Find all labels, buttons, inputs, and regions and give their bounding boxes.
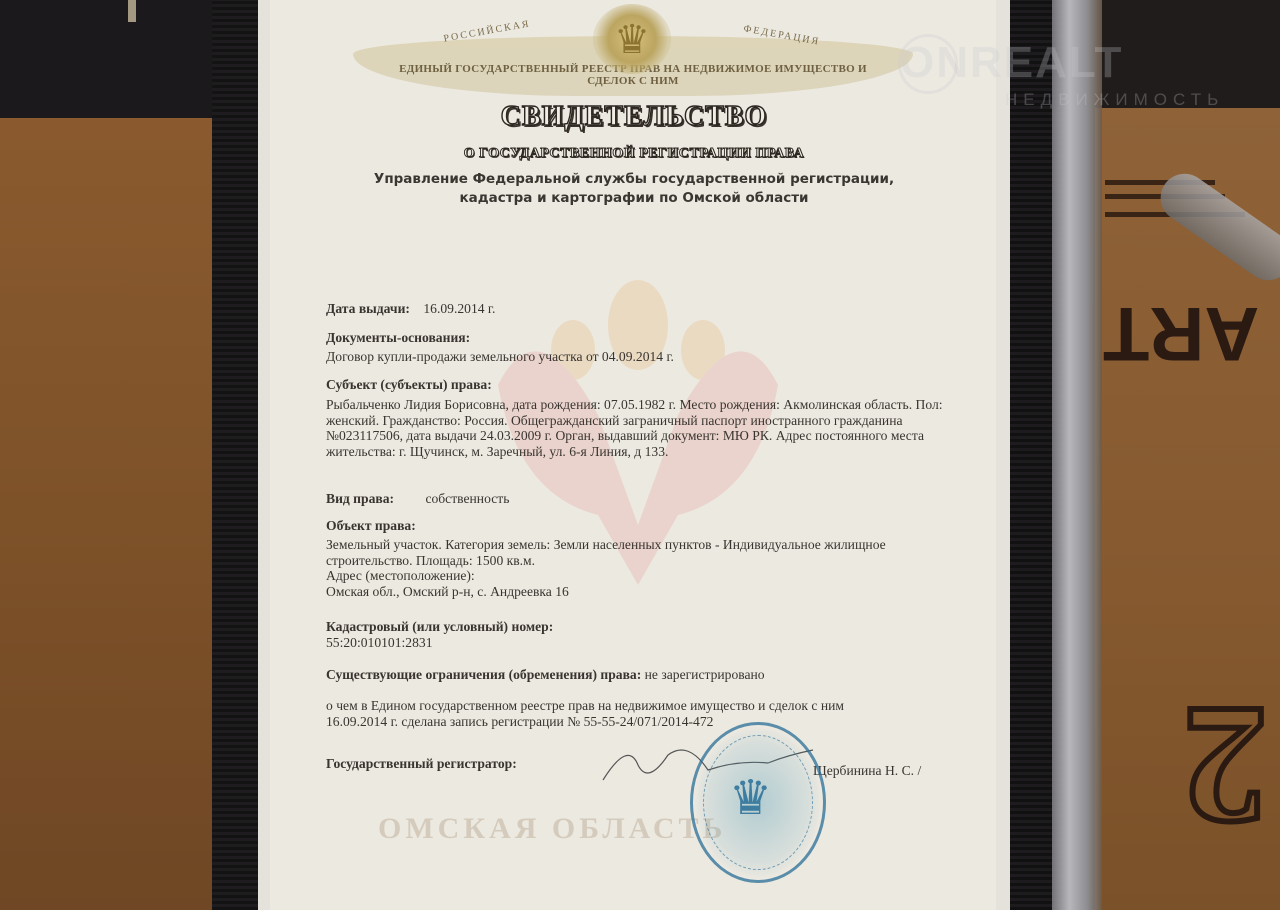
- record-line-2: 16.09.2014 г. сделана запись регистрации…: [326, 714, 966, 730]
- cadastral-section: Кадастровый (или условный) номер: 55:20:…: [326, 619, 946, 651]
- restrictions-value: не зарегистрировано: [645, 667, 765, 682]
- basis-value: Договор купли-продажи земельного участка…: [326, 349, 946, 365]
- restrictions-label: Существующие ограничения (обременения) п…: [326, 667, 641, 682]
- seal-eagle-icon: ♛: [729, 770, 772, 826]
- folder-cover-left: [212, 0, 262, 910]
- object-value: Земельный участок. Категория земель: Зем…: [326, 537, 946, 569]
- basis-label: Документы-основания:: [326, 330, 946, 346]
- issue-date-row: Дата выдачи: 16.09.2014 г.: [326, 301, 946, 317]
- plastic-sleeve: [1052, 0, 1102, 910]
- right-type-value: собственность: [425, 491, 509, 506]
- double-headed-eagle-icon: ♛: [593, 4, 671, 74]
- certificate-document: РОССИЙСКАЯ ФЕДЕРАЦИЯ ЕДИНЫЙ ГОСУДАРСТВЕН…: [258, 0, 1010, 910]
- registrar-label: Государственный регистратор:: [326, 756, 517, 771]
- cadastral-label: Кадастровый (или условный) номер:: [326, 619, 946, 635]
- certificate-header-emblem: РОССИЙСКАЯ ФЕДЕРАЦИЯ ЕДИНЫЙ ГОСУДАРСТВЕН…: [353, 8, 913, 100]
- box-print-text: ART: [1103, 290, 1259, 377]
- brand-watermark: ONREALT: [900, 38, 1123, 88]
- certificate-title: СВИДЕТЕЛЬСТВО: [258, 101, 1010, 133]
- background-object: [128, 0, 136, 22]
- restrictions-row: Существующие ограничения (обременения) п…: [326, 667, 946, 683]
- certificate-subtitle: О ГОСУДАРСТВЕННОЙ РЕГИСТРАЦИИ ПРАВА: [258, 146, 1010, 162]
- object-label: Объект права:: [326, 518, 946, 534]
- subject-section: Субъект (субъекты) права: Рыбальченко Ли…: [326, 377, 946, 460]
- cadastral-value: 55:20:010101:2831: [326, 635, 946, 651]
- brand-watermark-subtitle: НЕДВИЖИМОСТЬ: [1005, 90, 1224, 110]
- record-line-1: о чем в Едином государственном реестре п…: [326, 698, 966, 714]
- address-value: Омская обл., Омский р-н, с. Андреевка 16: [326, 584, 946, 600]
- faded-background-print: ОМСКАЯ ОБЛАСТЬ: [378, 812, 726, 846]
- right-type-label: Вид права:: [326, 491, 394, 506]
- subject-label: Субъект (субъекты) права:: [326, 377, 946, 393]
- box-print-number: 2: [1183, 668, 1268, 863]
- registry-record: о чем в Едином государственном реестре п…: [326, 698, 966, 730]
- authority-line-2: кадастра и картографии по Омской области: [258, 189, 1010, 208]
- authority-line-1: Управление Федеральной службы государств…: [258, 170, 1010, 189]
- issue-date-value: 16.09.2014 г.: [423, 301, 495, 316]
- basis-documents-section: Документы-основания: Договор купли-прода…: [326, 330, 946, 365]
- address-label: Адрес (местоположение):: [326, 568, 946, 584]
- registrar-name: Щербинина Н. С. /: [813, 763, 953, 779]
- official-seal-icon: ♛: [690, 722, 826, 883]
- subject-value: Рыбальченко Лидия Борисовна, дата рожден…: [326, 397, 946, 460]
- object-section: Объект права: Земельный участок. Категор…: [326, 518, 946, 600]
- right-type-row: Вид права: собственность: [326, 491, 946, 507]
- issuing-authority: Управление Федеральной службы государств…: [258, 170, 1010, 208]
- cardboard-box-left: [0, 118, 212, 910]
- issue-date-label: Дата выдачи:: [326, 301, 410, 316]
